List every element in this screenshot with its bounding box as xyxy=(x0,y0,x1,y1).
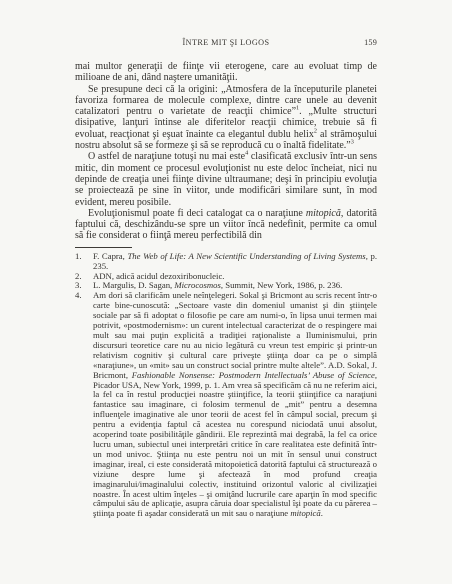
footnote-number: 4. xyxy=(75,291,93,301)
italic-term: mitopică xyxy=(306,208,341,219)
footnote-item: 4. Am dori să clarificăm unele neînţeleg… xyxy=(75,291,377,519)
footnote-text-segment: ADN, adică acidul dezoxiribonucleic. xyxy=(93,271,224,281)
footnote-text-segment: . xyxy=(321,508,323,518)
paragraph: mai multor generaţii de fiinţe vii etero… xyxy=(75,61,377,84)
footnote-number: 1. xyxy=(75,252,93,262)
book-title: Fashionable Nonsense: Postmodern Intelle… xyxy=(132,370,375,380)
paragraph-text: mai multor generaţii de fiinţe vii etero… xyxy=(75,61,377,83)
footnote-text-segment: F. Capra, xyxy=(93,251,127,261)
footnote-marker: 3 xyxy=(351,139,354,146)
footnotes: 1. F. Capra, The Web of Life: A New Scie… xyxy=(75,252,377,519)
book-title: Microcosmos xyxy=(174,280,221,290)
paragraph-text: O astfel de naraţiune totuşi nu mai este xyxy=(88,151,245,162)
paragraph-text: Evoluţionismul poate fi deci catalogat c… xyxy=(88,208,306,219)
footnote-separator xyxy=(75,247,132,248)
book-title: The Web of Life: A New Scientific Unders… xyxy=(127,251,365,261)
body-text: mai multor generaţii de fiinţe vii etero… xyxy=(75,61,377,242)
page-header: ÎNTRE MIT ŞI LOGOS 159 xyxy=(75,38,377,49)
footnote-text-segment: , Summit, New York, 1986, p. 236. xyxy=(221,280,342,290)
footnote-text: F. Capra, The Web of Life: A New Scienti… xyxy=(93,252,377,272)
footnote-text-segment: L. Margulis, D. Sagan, xyxy=(93,280,174,290)
paragraph: O astfel de naraţiune totuşi nu mai este… xyxy=(75,151,377,207)
paragraph: Se presupune deci că la origini: „Atmosf… xyxy=(75,84,377,152)
running-head: ÎNTRE MIT ŞI LOGOS xyxy=(75,38,377,47)
footnote-text-segment: , Picador USA, New York, 1999, p. 1. Am … xyxy=(93,370,377,519)
paragraph: Evoluţionismul poate fi deci catalogat c… xyxy=(75,208,377,242)
italic-term: mitopică xyxy=(290,508,320,518)
page-number: 159 xyxy=(364,38,377,47)
book-page: ÎNTRE MIT ŞI LOGOS 159 mai multor genera… xyxy=(0,0,452,584)
footnote-item: 1. F. Capra, The Web of Life: A New Scie… xyxy=(75,252,377,272)
page-content: ÎNTRE MIT ŞI LOGOS 159 mai multor genera… xyxy=(75,38,377,519)
footnote-text-segment: Am dori să clarificăm unele neînţelegeri… xyxy=(93,290,377,379)
footnote-text: Am dori să clarificăm unele neînţelegeri… xyxy=(93,291,377,519)
